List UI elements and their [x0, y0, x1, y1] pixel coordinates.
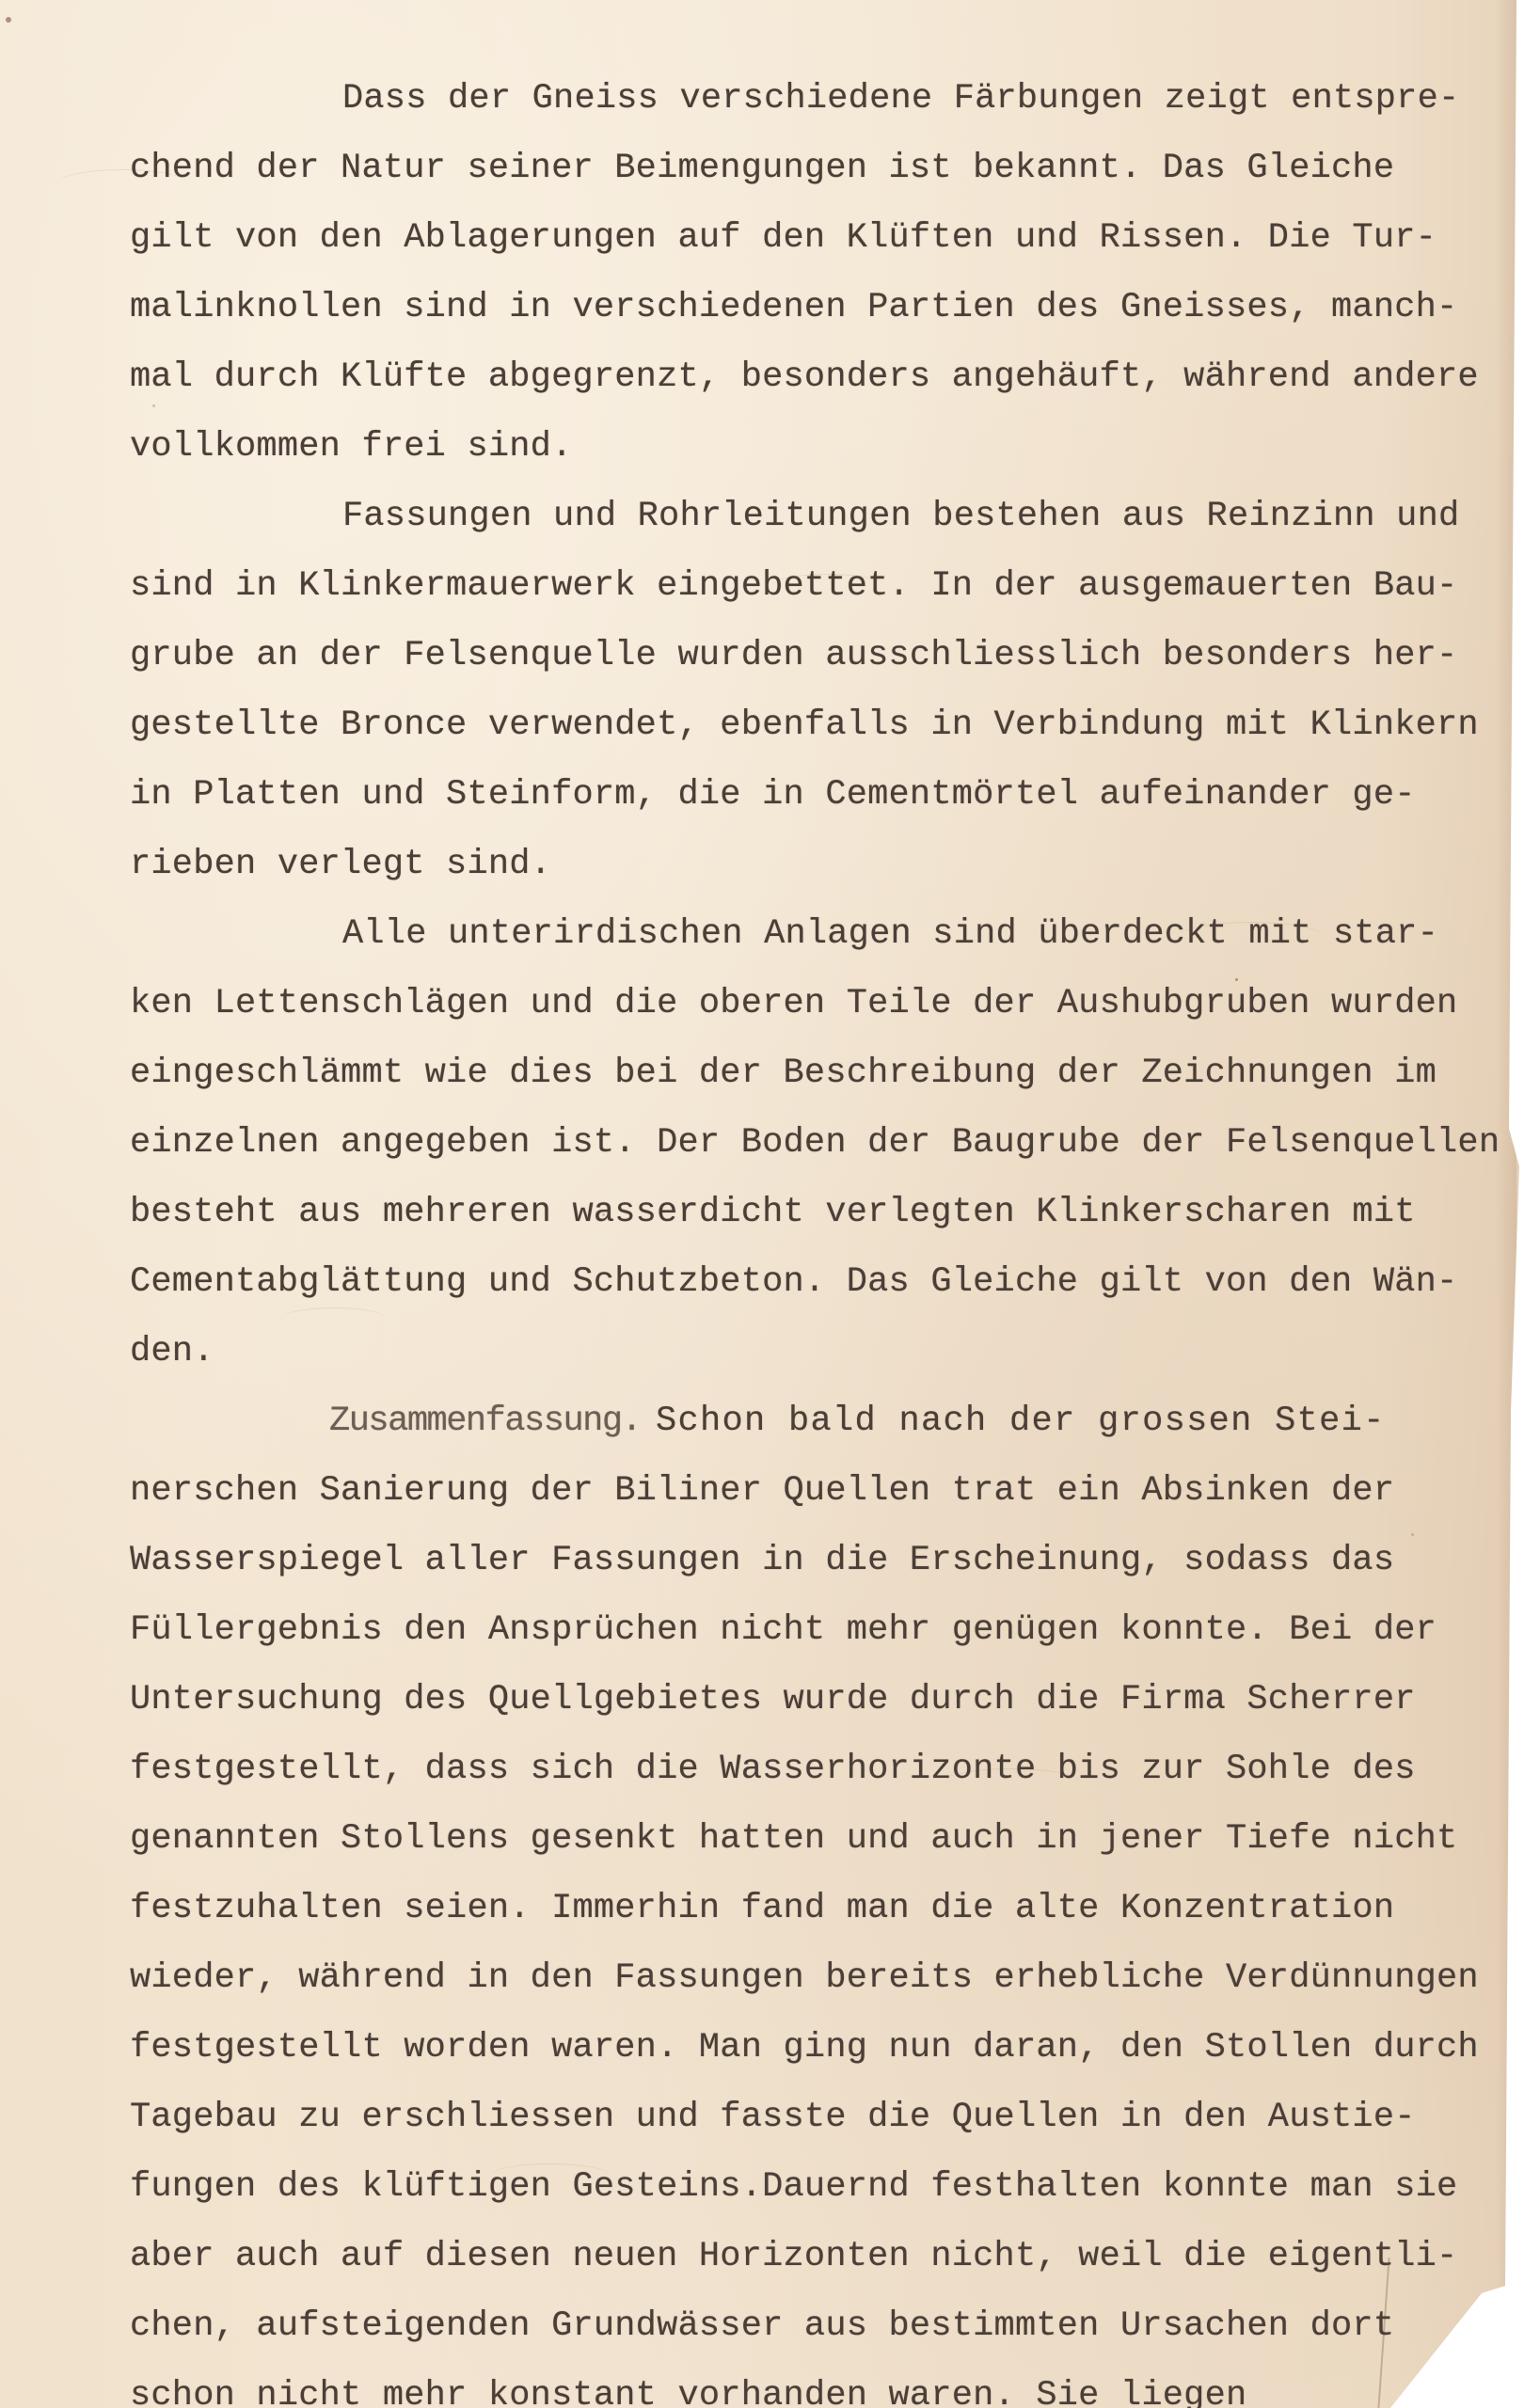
text-line: festgestellt, dass sich die Wasserhorizo… [130, 1751, 1416, 1788]
text-line: Cementabglättung und Schutzbeton. Das Gl… [130, 1263, 1457, 1301]
text-line: Untersuchung des Quellgebietes wurde dur… [130, 1681, 1416, 1719]
text-line: festgestellt worden waren. Man ging nun … [130, 2029, 1479, 2067]
text-line: den. [130, 1333, 214, 1370]
text-line: vollkommen frei sind. [130, 428, 572, 466]
text-line: mal durch Klüfte abgegrenzt, besonders a… [130, 358, 1479, 396]
text-line: wieder, während in den Fassungen bereits… [130, 1959, 1479, 1997]
paragraph-first-line: Alle unterirdischen Anlagen sind überdec… [342, 915, 1438, 953]
text-line: gilt von den Ablagerungen auf den Klüfte… [130, 219, 1437, 257]
text-line: malinknollen sind in verschiedenen Parti… [130, 289, 1457, 326]
text-line: nerschen Sanierung der Biliner Quellen t… [130, 1472, 1394, 1510]
text-line: ken Lettenschlägen und die oberen Teile … [130, 985, 1457, 1022]
text-line: besteht aus mehreren wasserdicht verlegt… [130, 1194, 1416, 1231]
text-line: eingeschlämmt wie dies bei der Beschreib… [130, 1054, 1437, 1092]
text-line: fungen des klüftigen Gesteins.Dauernd fe… [130, 2168, 1457, 2206]
text-line: einzelnen angegeben ist. Der Boden der B… [130, 1124, 1500, 1162]
text-line: aber auch auf diesen neuen Horizonten ni… [130, 2238, 1457, 2275]
paragraph-first-line: Fassungen und Rohrleitungen bestehen aus… [342, 498, 1459, 535]
text-line: grube an der Felsenquelle wurden ausschl… [130, 637, 1457, 674]
text-line: schon nicht mehr konstant vorhanden ware… [130, 2377, 1246, 2408]
text-line: Wasserspiegel aller Fassungen in die Ers… [130, 1542, 1394, 1579]
text-line: sind in Klinkermauerwerk eingebettet. In… [130, 567, 1457, 605]
text-line: in Platten und Steinform, die in Cementm… [130, 776, 1416, 814]
text-line: chend der Natur seiner Beimengungen ist … [130, 150, 1394, 187]
text-line: Tagebau zu erschliessen und fasste die Q… [130, 2099, 1416, 2136]
text-line: Füllergebnis den Ansprüchen nicht mehr g… [130, 1611, 1437, 1649]
paragraph-first-line: Dass der Gneiss verschiedene Färbungen z… [342, 80, 1459, 118]
text-line: rieben verlegt sind. [130, 846, 551, 883]
text-line: festzuhalten seien. Immerhin fand man di… [130, 1890, 1394, 1927]
text-line: Schon bald nach der grossen Stei- [656, 1402, 1386, 1440]
text-line: genannten Stollens gesenkt hatten und au… [130, 1820, 1457, 1858]
section-heading: Zusammenfassung. [329, 1402, 641, 1440]
typewritten-text: Dass der Gneiss verschiedene Färbungen z… [0, 0, 1524, 2408]
text-line: chen, aufsteigenden Grundwässer aus best… [130, 2307, 1394, 2345]
text-line: gestellte Bronce verwendet, ebenfalls in… [130, 706, 1479, 744]
